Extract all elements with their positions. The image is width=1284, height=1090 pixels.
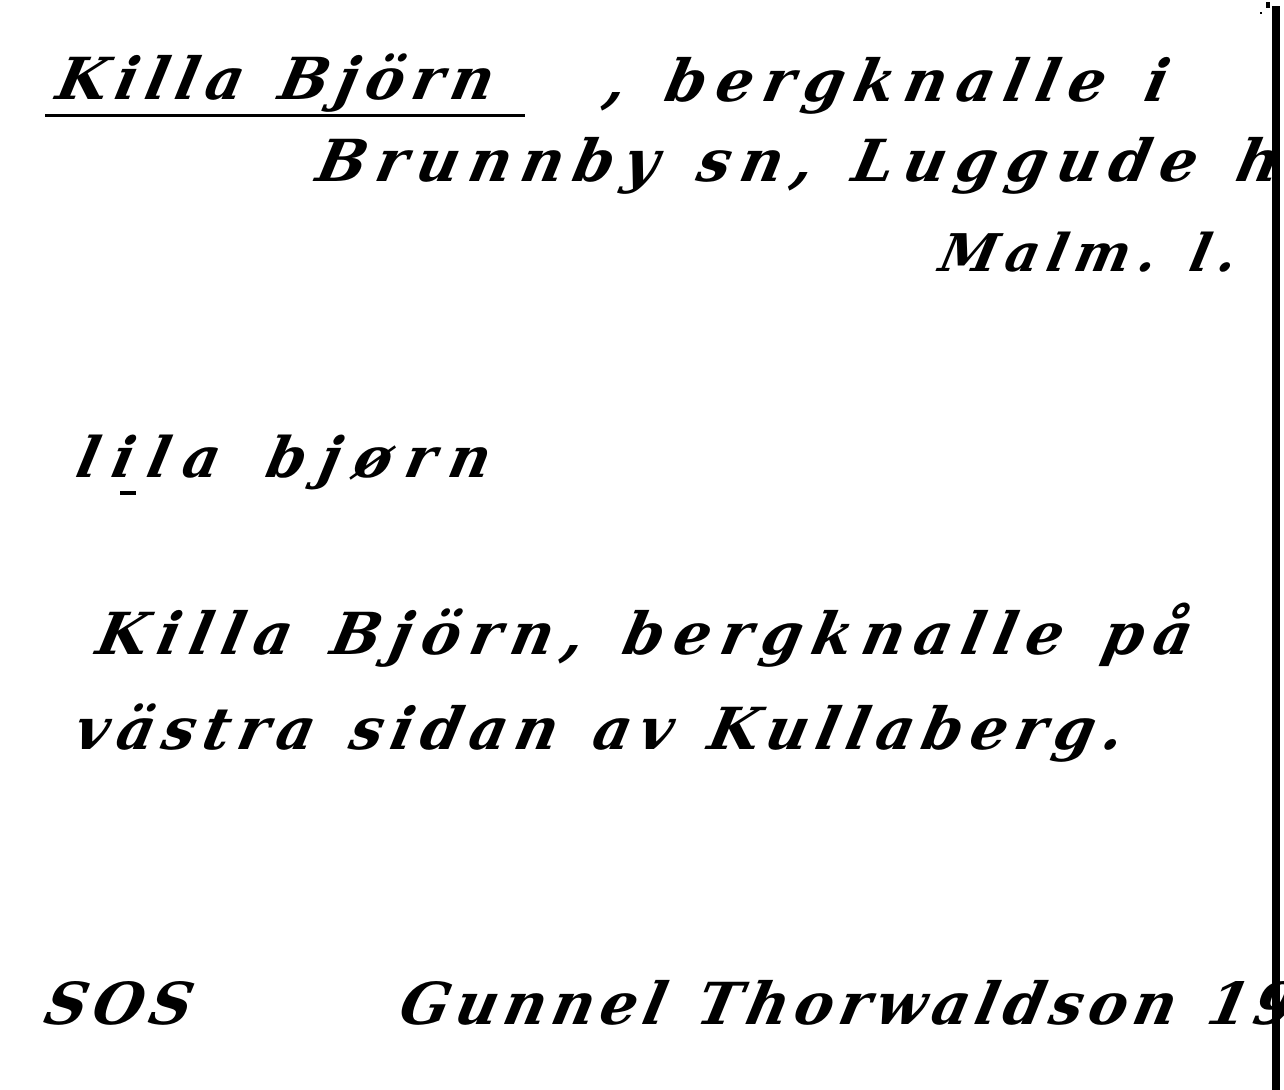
scan-artifact [1260, 12, 1262, 14]
collector-signature: Gunnel Thorwaldson 1945. [395, 975, 1284, 1033]
county-text: Malm. l. [935, 228, 1250, 280]
stress-mark [120, 491, 136, 495]
description-line-1: Killa Björn, bergknalle på [92, 605, 1208, 663]
description-line-2: västra sidan av Kullaberg. [70, 700, 1138, 758]
place-type-text: , bergknalle i [600, 52, 1184, 110]
headword: Killa Björn [52, 50, 508, 108]
archive-name-card: Killa Björn , bergknalle i Brunnby sn, L… [0, 0, 1284, 1090]
scan-artifact [1266, 2, 1270, 8]
pronunciation-text: lila bjørn [72, 430, 510, 486]
source-code: SOS [40, 975, 205, 1033]
card-edge-border [1272, 6, 1280, 1090]
parish-district-text: Brunnby sn, Luggude hd, [312, 132, 1284, 190]
headword-underline [45, 114, 525, 117]
